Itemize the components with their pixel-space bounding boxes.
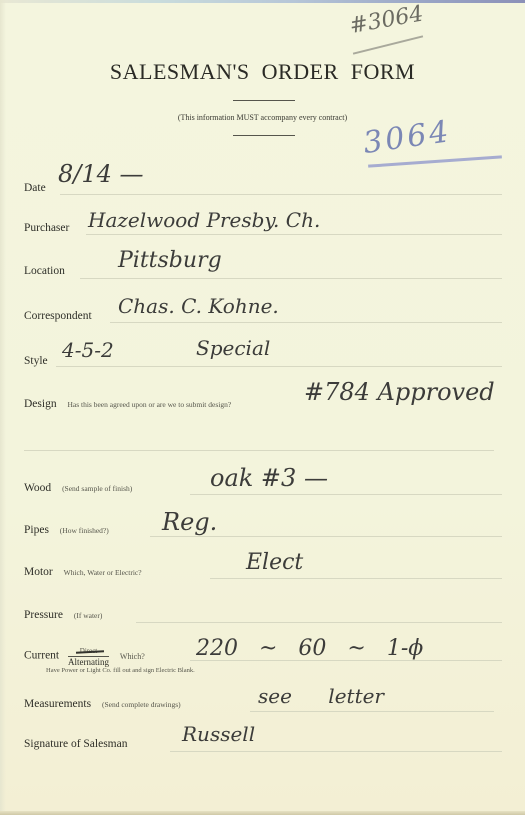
motor-hint: Which, Water or Electric? [64,568,142,577]
field-location: Location [24,265,65,277]
field-design: Design Has this been agreed upon or are … [24,398,231,410]
pipes-line [150,536,502,537]
measurements-label: Measurements [24,698,91,710]
style-label: Style [24,355,48,367]
correspondent-value[interactable]: Chas. C. Kohne. [118,294,279,318]
wood-value[interactable]: oak #3 — [210,464,328,492]
pressure-label: Pressure [24,609,63,621]
location-label: Location [24,265,65,277]
style-value-special[interactable]: Special [196,336,270,360]
correspondent-line [110,322,502,323]
field-wood: Wood (Send sample of finish) [24,482,132,494]
scan-top-edge [0,0,525,3]
motor-value[interactable]: Elect [246,550,303,575]
signature-value[interactable]: Russell [182,722,255,746]
field-pressure: Pressure (If water) [24,609,102,621]
field-motor: Motor Which, Water or Electric? [24,566,142,578]
date-value[interactable]: 8/14 — [58,160,144,188]
field-purchaser: Purchaser [24,222,69,234]
title-rule-bottom [233,135,295,136]
style-value[interactable]: 4-5-2 [62,338,114,362]
location-value[interactable]: Pittsburg [118,248,222,273]
field-correspondent: Correspondent [24,310,92,322]
style-line [56,366,502,367]
measurements-line [250,711,494,712]
signature-line [170,751,502,752]
order-form-page: #3064 3064 SALESMAN'S ORDER FORM (This i… [0,0,525,815]
field-measurements: Measurements (Send complete drawings) [24,698,181,710]
field-pipes: Pipes (How finished?) [24,524,109,536]
current-which-label: Which? [120,652,145,661]
signature-label: Signature of Salesman [24,738,127,750]
measurements-value[interactable]: see letter [258,684,384,708]
pressure-line [136,622,502,623]
purchaser-label: Purchaser [24,222,69,234]
purchaser-line [86,234,502,235]
wood-label: Wood [24,482,51,494]
pipes-hint: (How finished?) [60,526,109,535]
field-date: Date [24,182,46,194]
current-option-alternating: Alternating [68,656,109,667]
purchaser-value[interactable]: Hazelwood Presby. Ch. [88,208,320,232]
form-title: SALESMAN'S ORDER FORM [0,59,525,85]
field-current: Current Direct Alternating Which? [24,645,145,667]
date-label: Date [24,182,46,194]
form-subtitle: (This information MUST accompany every c… [0,113,525,122]
annotation-top-pencil: #3064 [348,1,426,39]
field-style: Style [24,355,48,367]
current-note: Have Power or Light Co. fill out and sig… [46,667,195,674]
design-value[interactable]: #784 Approved [304,378,495,406]
annotation-underline [353,35,423,54]
field-signature: Signature of Salesman [24,738,127,750]
measurements-hint: (Send complete drawings) [102,700,181,709]
current-option-direct-struck: Direct [80,646,98,656]
pressure-hint: (If water) [74,611,103,620]
wood-line [190,494,502,495]
scan-left-shadow [0,0,6,815]
design-line [24,450,494,451]
location-line [80,278,502,279]
current-label: Current [24,650,59,662]
date-line [60,194,502,195]
motor-label: Motor [24,566,53,578]
design-label: Design [24,398,57,410]
design-hint: Has this been agreed upon or are we to s… [67,400,231,409]
wood-hint: (Send sample of finish) [62,484,132,493]
current-type-options: Direct Alternating [68,645,109,667]
scan-bottom-edge [0,811,525,815]
correspondent-label: Correspondent [24,310,92,322]
current-value[interactable]: 220 ~ 60 ~ 1-ϕ [196,636,423,661]
pipes-value[interactable]: Reg. [162,508,217,536]
motor-line [210,578,502,579]
pipes-label: Pipes [24,524,49,536]
title-rule-top [233,100,295,101]
